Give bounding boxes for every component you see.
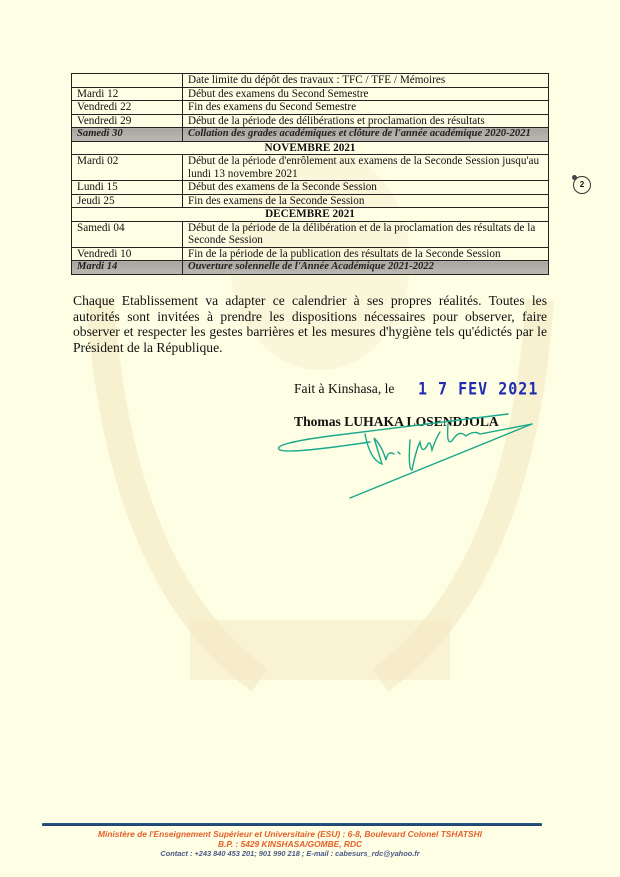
event-description: Fin de la période de la publication des …: [183, 247, 549, 261]
event-row: Lundi 15Début des examens de la Seconde …: [72, 181, 549, 195]
month-header-row: NOVEMBRE 2021: [72, 141, 549, 155]
event-row: Jeudi 25Fin des examens de la Seconde Se…: [72, 194, 549, 208]
highlighted-event-row: Mardi 14Ouverture solennelle de l'Année …: [72, 261, 549, 275]
event-description: Début de la période des délibérations et…: [183, 114, 549, 128]
event-description: Fin des examens de la Seconde Session: [183, 194, 549, 208]
month-header-row: DECEMBRE 2021: [72, 208, 549, 222]
event-day: Vendredi 29: [72, 114, 183, 128]
date-stamp: 1 7 FEV 2021: [418, 379, 538, 400]
event-row: Mardi 12Début des examens du Second Seme…: [72, 87, 549, 101]
month-header: NOVEMBRE 2021: [72, 141, 549, 155]
event-day: Lundi 15: [72, 181, 183, 195]
event-day: Vendredi 22: [72, 101, 183, 115]
event-description: Début de la période de la délibération e…: [183, 221, 549, 247]
academic-calendar-table: Date limite du dépôt des travaux : TFC /…: [71, 73, 549, 275]
event-row: Samedi 04Début de la période de la délib…: [72, 221, 549, 247]
footer-contact-line: Contact : +243 840 453 201; 901 990 218 …: [60, 849, 520, 859]
event-row: Mardi 02Début de la période d'enrôlement…: [72, 155, 549, 181]
event-day: Mardi 02: [72, 155, 183, 181]
event-day: Vendredi 10: [72, 247, 183, 261]
event-row: Vendredi 29Début de la période des délib…: [72, 114, 549, 128]
month-header: DECEMBRE 2021: [72, 208, 549, 222]
event-day: Samedi 30: [72, 128, 183, 142]
page-number: 2: [573, 176, 591, 194]
handwritten-signature: [270, 400, 570, 520]
event-description: Collation des grades académiques et clôt…: [183, 128, 549, 142]
event-day: Mardi 14: [72, 261, 183, 275]
event-row: Vendredi 22Fin des examens du Second Sem…: [72, 101, 549, 115]
event-description: Fin des examens du Second Semestre: [183, 101, 549, 115]
event-description: Ouverture solennelle de l'Année Académiq…: [183, 261, 549, 275]
event-description: Date limite du dépôt des travaux : TFC /…: [183, 74, 549, 88]
highlighted-event-row: Samedi 30Collation des grades académique…: [72, 128, 549, 142]
event-description: Début des examens de la Seconde Session: [183, 181, 549, 195]
event-day: Samedi 04: [72, 221, 183, 247]
event-description: Début des examens du Second Semestre: [183, 87, 549, 101]
footer: Ministère de l'Enseignement Supérieur et…: [60, 829, 520, 859]
event-day: Jeudi 25: [72, 194, 183, 208]
event-day: Mardi 12: [72, 87, 183, 101]
place-label: Fait à Kinshasa, le: [294, 381, 394, 397]
event-row: Date limite du dépôt des travaux : TFC /…: [72, 74, 549, 88]
footer-rule: [42, 823, 542, 826]
instructions-paragraph: Chaque Etablissement va adapter ce calen…: [73, 293, 547, 355]
event-row: Vendredi 10Fin de la période de la publi…: [72, 247, 549, 261]
footer-address-line: Ministère de l'Enseignement Supérieur et…: [60, 829, 520, 839]
event-day: [72, 74, 183, 88]
footer-po-box-line: B.P. : 5429 KINSHASA/GOMBE, RDC: [60, 839, 520, 849]
event-description: Début de la période d'enrôlement aux exa…: [183, 155, 549, 181]
